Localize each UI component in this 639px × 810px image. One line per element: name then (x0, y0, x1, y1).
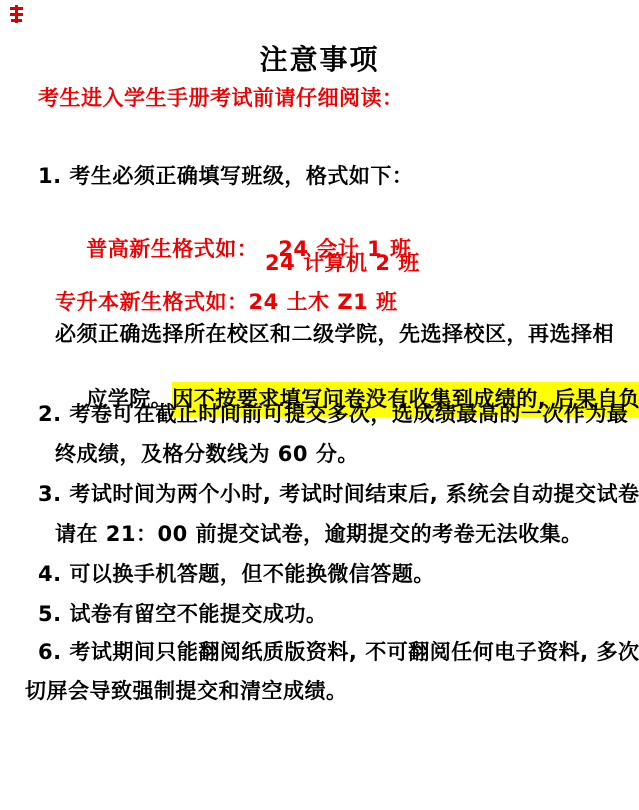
item-4-line: 4. 可以换手机答题，但不能换微信答题。 (38, 561, 435, 587)
item-2-line-1: 2. 考卷可在截止时间前可提交多次，选成绩最高的一次作为最 (38, 401, 628, 427)
format-example-upgrade: 专升本新生格式如：24 土木 Z1 班 (55, 289, 398, 315)
red-corner-mark-icon (9, 5, 24, 23)
format-example-regular-label: 普高新生格式如： (86, 237, 258, 261)
format-example-regular-2: 24 计算机 2 班 (265, 250, 420, 276)
item-6-line-1: 6. 考试期间只能翻阅纸质版资料, 不可翻阅任何电子资料, 多次 (38, 639, 639, 665)
item-1-line: 1. 考生必须正确填写班级，格式如下： (38, 163, 413, 189)
item-5-line: 5. 试卷有留空不能提交成功。 (38, 601, 327, 627)
item-2-line-2: 终成绩，及格分数线为 60 分。 (55, 441, 359, 467)
item-6-line-2: 切屏会导致强制提交和清空成绩。 (25, 678, 348, 704)
intro-warning: 考生进入学生手册考试前请仔细阅读： (38, 85, 404, 111)
item-3-line-2: 请在 21：00 前提交试卷，逾期提交的考卷无法收集。 (55, 521, 583, 547)
format-example-regular: 普高新生格式如：24 会计 1 班 (55, 210, 412, 288)
item-3-line-1: 3. 考试时间为两个小时, 考试时间结束后, 系统会自动提交试卷, (38, 481, 639, 507)
exam-notice-document: 注意事项 考生进入学生手册考试前请仔细阅读： 1. 考生必须正确填写班级，格式如… (0, 0, 639, 810)
item-1-continuation-1: 必须正确选择所在校区和二级学院，先选择校区，再选择相 (55, 321, 614, 347)
page-title: 注意事项 (0, 38, 639, 78)
